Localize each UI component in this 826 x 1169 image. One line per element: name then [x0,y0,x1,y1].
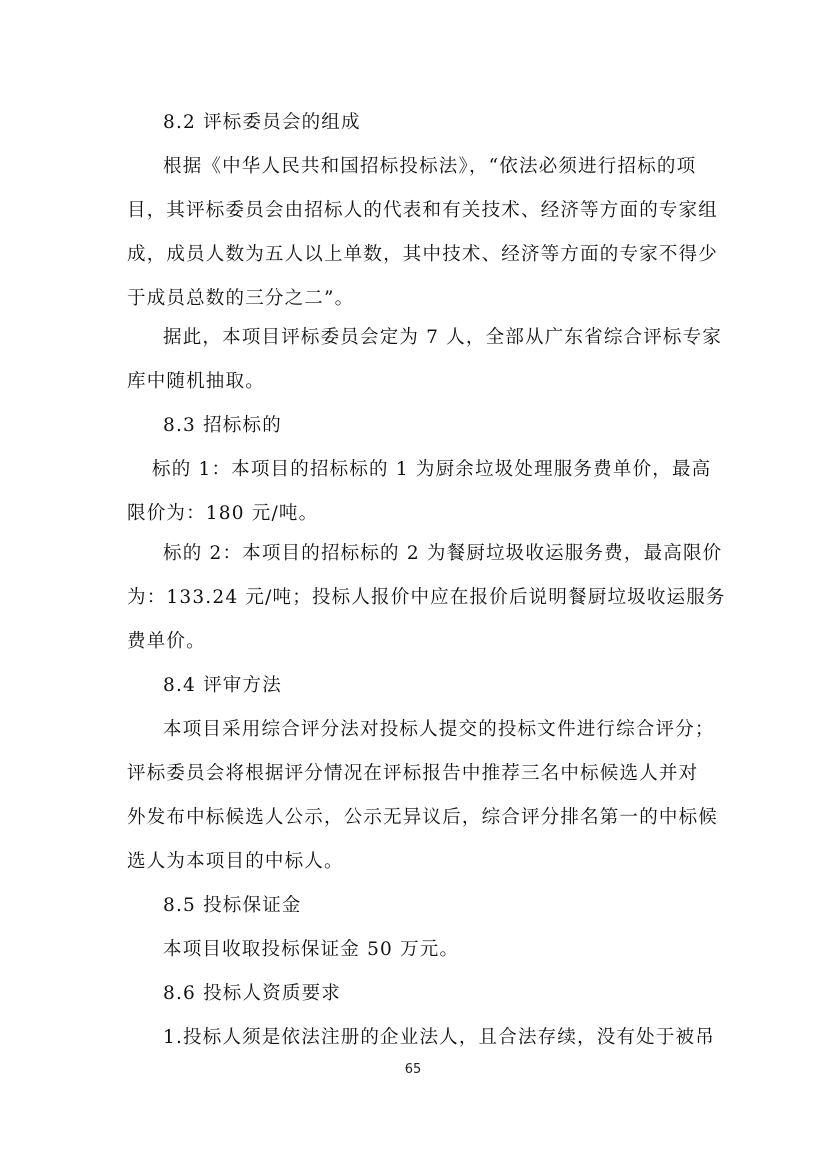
paragraph-line: 1.投标人须是依法注册的企业法人，且合法存续，没有处于被吊 [163,1026,715,1050]
paragraph-line: 评标委员会将根据评分情况在评标报告中推荐三名中标候选人并对 [127,762,698,786]
paragraph-line: 限价为：180 元/吨。 [127,502,318,526]
paragraph-line: 成，成员人数为五人以上单数，其中技术、经济等方面的专家不得少 [127,243,718,267]
paragraph-line: 根据《中华人民共和国招标投标法》，“依法必须进行招标的项 [163,155,696,179]
paragraph-line: 选人为本项目的中标人。 [127,850,344,874]
section-heading-8-6: 8.6 投标人资质要求 [163,982,341,1006]
section-heading-8-3: 8.3 招标标的 [163,414,282,438]
paragraph-line: 据此，本项目评标委员会定为 7 人，全部从广东省综合评标专家 [163,326,722,350]
paragraph-line: 标的 2：本项目的招标标的 2 为餐厨垃圾收运服务费，最高限价 [163,542,722,566]
section-heading-8-4: 8.4 评审方法 [163,674,282,698]
page-number: 65 [0,1062,826,1077]
section-heading-8-5: 8.5 投标保证金 [163,894,302,918]
paragraph-line: 本项目收取投标保证金 50 万元。 [163,938,459,962]
paragraph-line: 费单价。 [127,630,206,654]
paragraph-line: 于成员总数的三分之二”。 [127,287,354,311]
paragraph-line: 本项目采用综合评分法对投标人提交的投标文件进行综合评分； [163,718,715,742]
paragraph-line: 目，其评标委员会由招标人的代表和有关技术、经济等方面的专家组 [127,199,718,223]
paragraph-line: 为：133.24 元/吨；投标人报价中应在报价后说明餐厨垃圾收运服务 [127,586,726,610]
paragraph-line: 库中随机抽取。 [127,370,265,394]
section-heading-8-2: 8.2 评标委员会的组成 [163,111,361,135]
paragraph-line: 标的 1：本项目的招标标的 1 为厨余垃圾处理服务费单价，最高 [152,458,711,482]
paragraph-line: 外发布中标候选人公示，公示无异议后，综合评分排名第一的中标候 [127,806,718,830]
